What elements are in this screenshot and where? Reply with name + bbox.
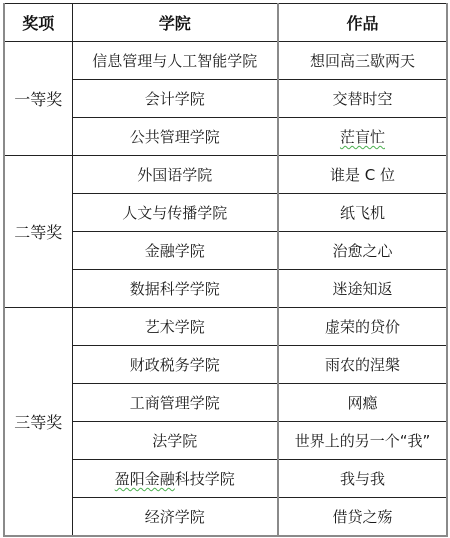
work-cell: 想回高三歇两天: [278, 42, 447, 80]
table-row: 三等奖 艺术学院 虚荣的贷价: [4, 308, 447, 346]
table-row: 一等奖 信息管理与人工智能学院 想回高三歇两天: [4, 42, 447, 80]
work-cell: 交替时空: [278, 80, 447, 118]
work-cell: 我与我: [278, 460, 447, 498]
school-cell: 盈阳金融科技学院: [72, 460, 278, 498]
work-cell: 世界上的另一个“我”: [278, 422, 447, 460]
awards-table: 奖项 学院 作品 一等奖 信息管理与人工智能学院 想回高三歇两天 会计学院 交替…: [3, 3, 448, 537]
spellcheck-marked-text: 茫盲忙: [340, 128, 385, 146]
school-cell: 经济学院: [72, 498, 278, 537]
school-text-rest: 科技学院: [175, 470, 235, 488]
school-cell: 艺术学院: [72, 308, 278, 346]
prize-cell-second: 二等奖: [4, 156, 72, 308]
work-cell: 治愈之心: [278, 232, 447, 270]
spellcheck-marked-text: 盈阳金融: [115, 470, 175, 488]
table-row: 二等奖 外国语学院 谁是 C 位: [4, 156, 447, 194]
work-cell: 网瘾: [278, 384, 447, 422]
header-row: 奖项 学院 作品: [4, 4, 447, 42]
work-cell: 雨农的涅槃: [278, 346, 447, 384]
work-cell: 纸飞机: [278, 194, 447, 232]
school-cell: 工商管理学院: [72, 384, 278, 422]
work-cell: 茫盲忙: [278, 118, 447, 156]
prize-cell-third: 三等奖: [4, 308, 72, 537]
school-cell: 财政税务学院: [72, 346, 278, 384]
header-prize: 奖项: [4, 4, 72, 42]
school-cell: 法学院: [72, 422, 278, 460]
header-work: 作品: [278, 4, 447, 42]
work-cell: 谁是 C 位: [278, 156, 447, 194]
school-cell: 人文与传播学院: [72, 194, 278, 232]
school-cell: 数据科学学院: [72, 270, 278, 308]
work-cell: 迷途知返: [278, 270, 447, 308]
school-cell: 金融学院: [72, 232, 278, 270]
school-cell: 外国语学院: [72, 156, 278, 194]
school-cell: 信息管理与人工智能学院: [72, 42, 278, 80]
school-cell: 会计学院: [72, 80, 278, 118]
header-school: 学院: [72, 4, 278, 42]
work-cell: 虚荣的贷价: [278, 308, 447, 346]
prize-cell-first: 一等奖: [4, 42, 72, 156]
school-cell: 公共管理学院: [72, 118, 278, 156]
work-cell: 借贷之殇: [278, 498, 447, 537]
